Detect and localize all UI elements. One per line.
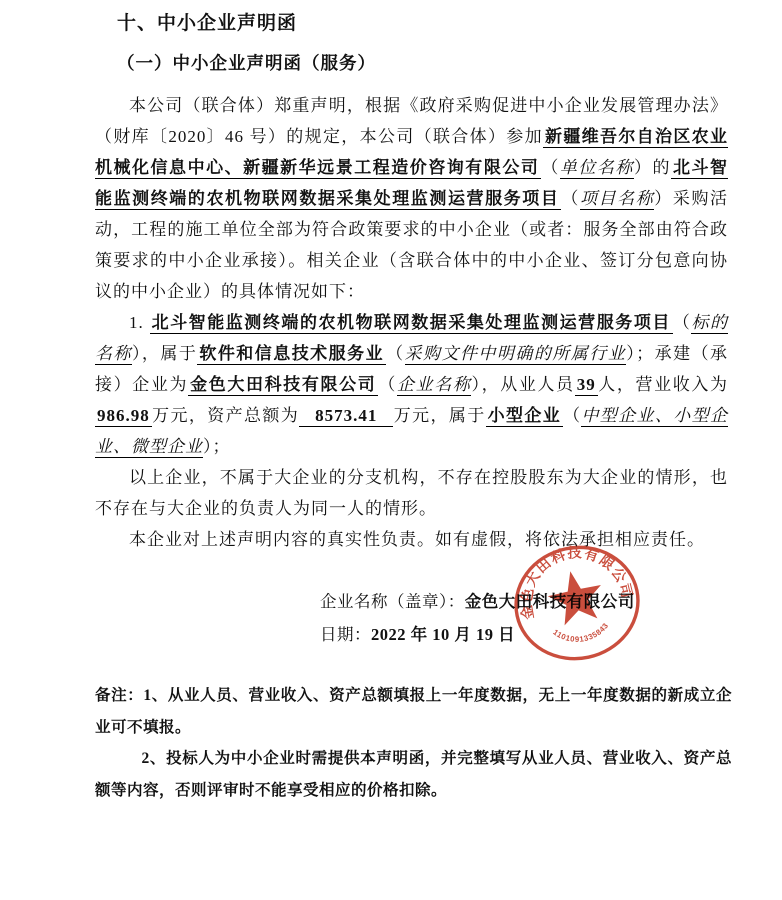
- signature-date-label: 日期：: [320, 625, 371, 644]
- body-text-run: ），从业人员: [471, 375, 574, 394]
- filled-value-employees: 39: [575, 375, 598, 396]
- signature-date-value: 2022 年 10 月 19 日: [371, 625, 515, 644]
- body-text-run: ）的: [634, 158, 671, 177]
- hint-label-project-name: 项目名称: [580, 189, 654, 210]
- list-number: 1.: [129, 313, 150, 332]
- filled-value-company-name: 金色大田科技有限公司: [188, 375, 378, 396]
- body-text-run: ），属于: [132, 344, 197, 363]
- hint-label-unit-name: 单位名称: [560, 158, 634, 179]
- footer-notes: 备注：1、从业人员、营业收入、资产总额填报上一年度数据，无上一年度数据的新成立企…: [95, 680, 732, 806]
- body-text-run: （: [563, 406, 581, 425]
- seal-star-icon: [544, 566, 608, 628]
- paragraph-item-1: 1. 北斗智能监测终端的农机物联网数据采集处理监测运营服务项目（标的名称），属于…: [95, 307, 728, 462]
- body-text-run: （: [673, 313, 692, 332]
- body-text-run: 万元，资产总额为: [152, 406, 299, 425]
- filled-value-subject-name: 北斗智能监测终端的农机物联网数据采集处理监测运营服务项目: [150, 313, 673, 334]
- filled-value-enterprise-type: 小型企业: [486, 406, 563, 427]
- company-seal: 金色大田科技有限公司 1101091335843: [509, 542, 645, 666]
- paragraph-no-affiliation: 以上企业，不属于大企业的分支机构，不存在控股股东为大企业的情形，也不存在与大企业…: [95, 462, 728, 524]
- hint-label-company-name: 企业名称: [397, 375, 472, 396]
- heading-1: 十、中小企业声明函: [117, 8, 297, 35]
- body-text-run: 人，营业收入为: [598, 375, 728, 394]
- document-page: 十、中小企业声明函 （一）中小企业声明函（服务） 本公司（联合体）郑重声明，根据…: [0, 0, 782, 900]
- document-body: 本公司（联合体）郑重声明，根据《政府采购促进中小企业发展管理办法》（财库〔202…: [95, 90, 728, 555]
- filled-value-industry: 软件和信息技术服务业: [197, 344, 386, 365]
- note-1: 备注：1、从业人员、营业收入、资产总额填报上一年度数据，无上一年度数据的新成立企…: [95, 680, 732, 743]
- signature-name-label: 企业名称（盖章）：: [320, 592, 465, 611]
- paragraph-declaration: 本公司（联合体）郑重声明，根据《政府采购促进中小企业发展管理办法》（财库〔202…: [95, 90, 728, 307]
- body-text-run: （: [541, 158, 560, 177]
- filled-value-revenue: 986.98: [95, 406, 152, 427]
- body-text-run: （: [386, 344, 404, 363]
- body-text-run: ）；: [203, 437, 231, 456]
- note-2: 2、投标人为中小企业时需提供本声明函，并完整填写从业人员、营业收入、资产总额等内…: [95, 743, 732, 806]
- body-text-run: （: [378, 375, 397, 394]
- body-text-run: （: [561, 189, 580, 208]
- seal-number-arc-text: 1101091335843: [550, 617, 613, 650]
- filled-value-total-assets: 8573.41: [299, 406, 393, 427]
- body-text-run: 万元，属于: [393, 406, 485, 425]
- heading-2: （一）中小企业声明函（服务）: [117, 50, 376, 75]
- hint-label-industry: 采购文件中明确的所属行业: [405, 344, 627, 365]
- svg-text:1101091335843: 1101091335843: [550, 617, 613, 650]
